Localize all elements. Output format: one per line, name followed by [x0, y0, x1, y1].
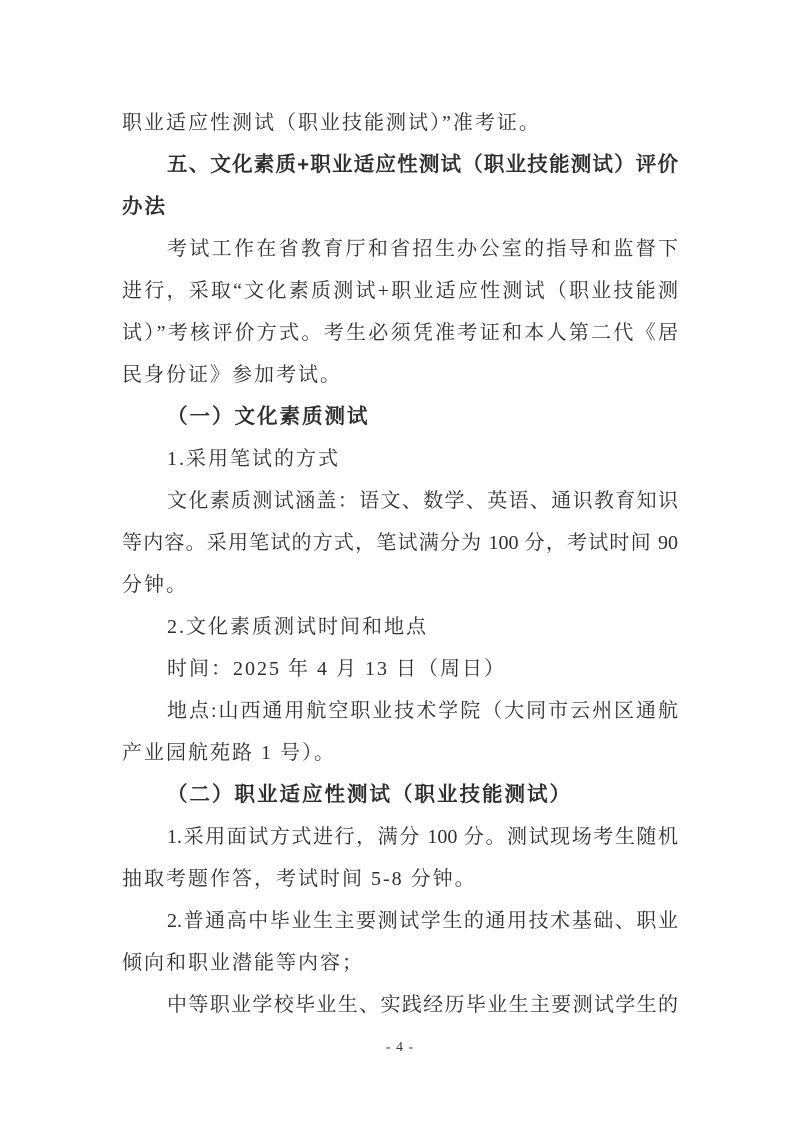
text-line: （二）职业适应性测试（职业技能测试） — [122, 774, 678, 816]
text-line: 时间：2025 年 4 月 13 日（周日） — [122, 648, 678, 690]
text-line: 分钟。 — [122, 564, 678, 606]
text-line: 1.采用笔试的方式 — [122, 438, 678, 480]
text-line: 倾向和职业潜能等内容； — [122, 942, 678, 984]
text-line: （一）文化素质测试 — [122, 396, 678, 438]
text-line: 1.采用面试方式进行，满分 100 分。测试现场考生随机 — [122, 816, 678, 858]
text-line: 2.普通高中毕业生主要测试学生的通用技术基础、职业 — [122, 900, 678, 942]
document-page: 职业适应性测试（职业技能测试）”准考证。五、文化素质+职业适应性测试（职业技能测… — [0, 0, 800, 1132]
text-line: 办法 — [122, 186, 678, 228]
text-line: 抽取考题作答，考试时间 5-8 分钟。 — [122, 858, 678, 900]
text-line: 进行，采取“文化素质测试+职业适应性测试（职业技能测 — [122, 270, 678, 312]
text-line: 产业园航苑路 1 号）。 — [122, 732, 678, 774]
text-line: 试）”考核评价方式。考生必须凭准考证和本人第二代《居 — [122, 312, 678, 354]
text-line: 职业适应性测试（职业技能测试）”准考证。 — [122, 102, 678, 144]
text-line: 2.文化素质测试时间和地点 — [122, 606, 678, 648]
text-line: 等内容。采用笔试的方式，笔试满分为 100 分，考试时间 90 — [122, 522, 678, 564]
text-line: 文化素质测试涵盖：语文、数学、英语、通识教育知识 — [122, 480, 678, 522]
text-line: 民身份证》参加考试。 — [122, 354, 678, 396]
document-body: 职业适应性测试（职业技能测试）”准考证。五、文化素质+职业适应性测试（职业技能测… — [122, 102, 678, 1026]
text-line: 中等职业学校毕业生、实践经历毕业生主要测试学生的 — [122, 984, 678, 1026]
text-line: 五、文化素质+职业适应性测试（职业技能测试）评价 — [122, 144, 678, 186]
text-line: 地点:山西通用航空职业技术学院（大同市云州区通航 — [122, 690, 678, 732]
text-line: 考试工作在省教育厅和省招生办公室的指导和监督下 — [122, 228, 678, 270]
page-number: - 4 - — [0, 1040, 800, 1056]
